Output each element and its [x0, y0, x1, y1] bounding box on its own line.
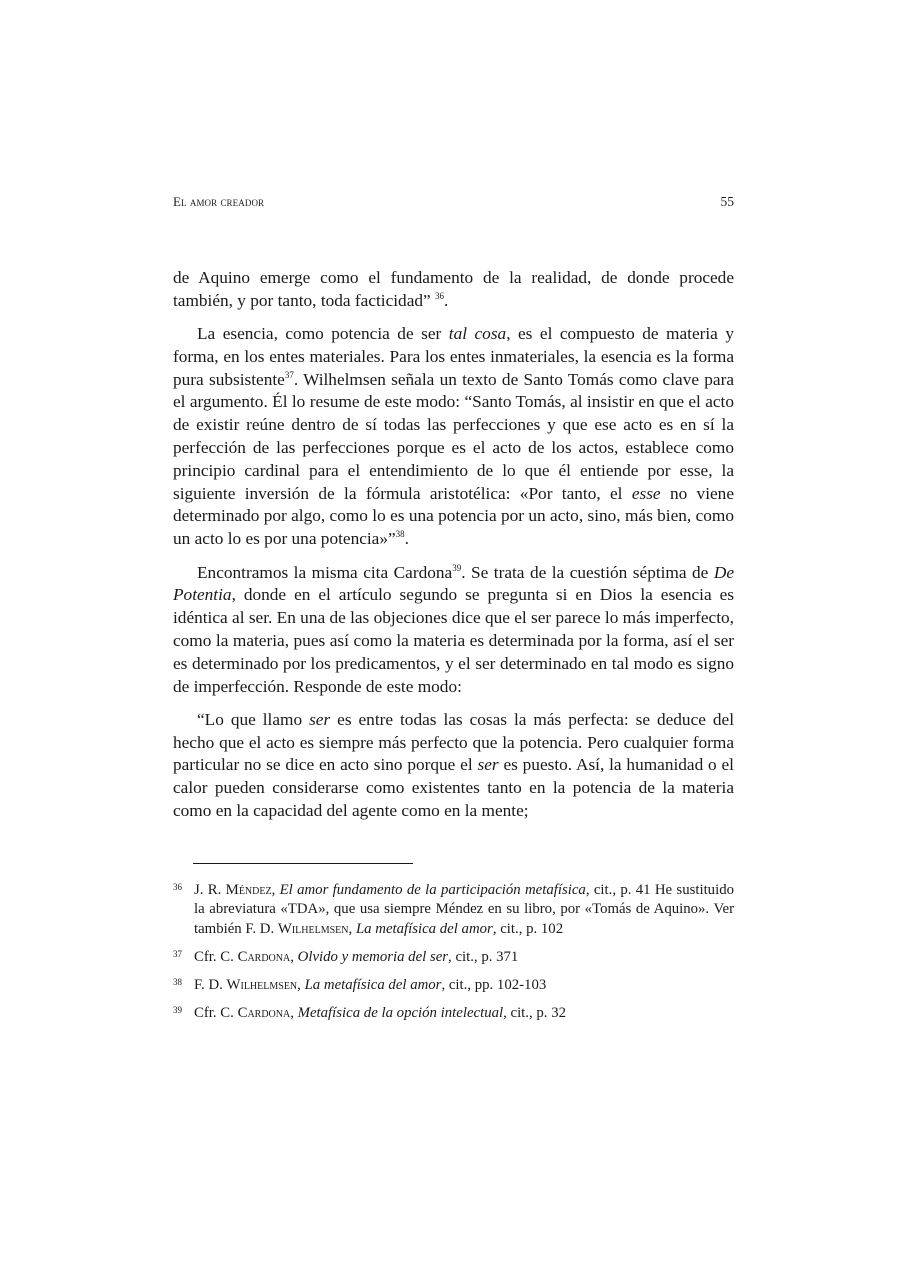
- footnote-number: 36: [173, 881, 182, 893]
- footnotes: 36J. R. Méndez, El amor fundamento de la…: [173, 881, 734, 1033]
- footnote-39: 39Cfr. C. Cardona, Metafísica de la opci…: [173, 1004, 734, 1023]
- footnote-ref-37[interactable]: 37: [285, 370, 294, 380]
- page-number: 55: [721, 194, 735, 210]
- footnote-37: 37Cfr. C. Cardona, Olvido y memoria del …: [173, 948, 734, 967]
- footnote-38: 38F. D. Wilhelmsen, La metafísica del am…: [173, 976, 734, 995]
- paragraph-1: de Aquino emerge como el fundamento de l…: [173, 267, 734, 313]
- paragraph-3: Encontramos la misma cita Cardona39. Se …: [173, 562, 734, 699]
- running-head-title: El amor creador: [173, 194, 264, 210]
- book-page: El amor creador 55 de Aquino emerge como…: [0, 0, 905, 1280]
- footnote-number: 39: [173, 1004, 182, 1016]
- body-text: de Aquino emerge como el fundamento de l…: [173, 267, 734, 823]
- footnote-number: 37: [173, 948, 182, 960]
- footnote-ref-36[interactable]: 36: [435, 291, 444, 301]
- footnote-separator: [193, 863, 413, 864]
- paragraph-4-quote: “Lo que llamo ser es entre todas las cos…: [173, 709, 734, 823]
- footnote-number: 38: [173, 976, 182, 988]
- paragraph-2: La esencia, como potencia de ser tal cos…: [173, 323, 734, 551]
- footnote-36: 36J. R. Méndez, El amor fundamento de la…: [173, 881, 734, 939]
- title-initial: E: [173, 194, 181, 209]
- footnote-ref-39[interactable]: 39: [452, 563, 461, 573]
- title-rest: l amor creador: [181, 195, 264, 209]
- running-head: El amor creador 55: [173, 194, 734, 212]
- footnote-ref-38[interactable]: 38: [396, 529, 405, 539]
